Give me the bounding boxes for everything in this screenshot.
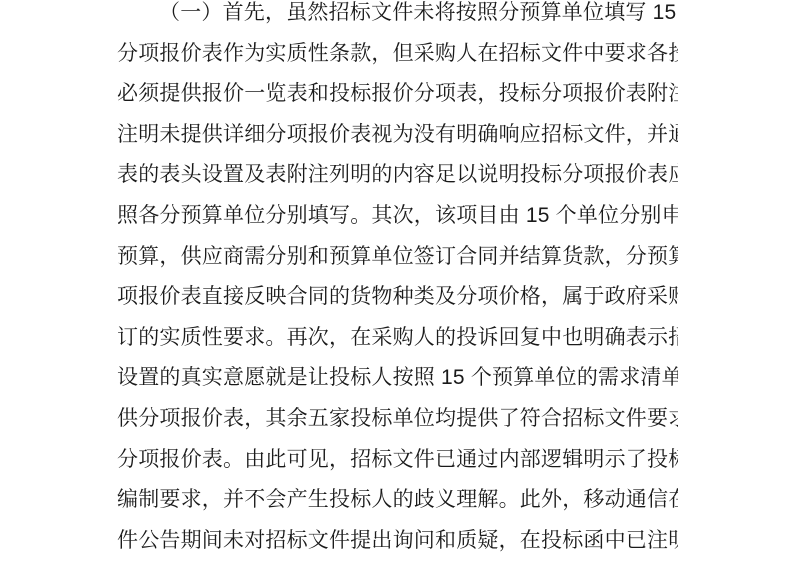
paragraph-line: 分项报价表。由此可见，招标文件已通过内部逻辑明示了投标文件的	[117, 440, 678, 481]
paragraph-line: 供分项报价表，其余五家投标单位均提供了符合招标文件要求的投标	[117, 399, 678, 440]
paragraph-line: 预算，供应商需分别和预算单位签订合同并结算货款，分预算单位分	[117, 237, 678, 278]
paragraph-line: （一）首先，虽然招标文件未将按照分预算单位填写 15 份投标	[117, 0, 678, 34]
document-page: （一）首先，虽然招标文件未将按照分预算单位填写 15 份投标 分项报价表作为实质…	[0, 0, 791, 562]
paragraph-line: 注明未提供详细分项报价表视为没有明确响应招标文件，并通过两张	[117, 115, 678, 156]
paragraph-line: 表的表头设置及表附注列明的内容足以说明投标分项报价表应当按	[117, 155, 678, 196]
paragraph-line: 项报价表直接反映合同的货物种类及分项价格，属于政府采购合同签	[117, 277, 678, 318]
paragraph-line: 设置的真实意愿就是让投标人按照 15 个预算单位的需求清单分别提	[117, 358, 678, 399]
body-paragraph: （一）首先，虽然招标文件未将按照分预算单位填写 15 份投标 分项报价表作为实质…	[117, 0, 678, 561]
paragraph-line: 件公告期间未对招标文件提出询问和质疑，在投标函中已注明完全理	[117, 521, 678, 562]
paragraph-line: 必须提供报价一览表和投标报价分项表，投标分项报价表附注部分已	[117, 74, 678, 115]
paragraph-line: 编制要求，并不会产生投标人的歧义理解。此外，移动通信在招标文	[117, 480, 678, 521]
paragraph-line: 照各分预算单位分别填写。其次，该项目由 15 个单位分别申报独立	[117, 196, 678, 237]
paragraph-line: 分项报价表作为实质性条款，但采购人在招标文件中要求各投标单位	[117, 34, 678, 75]
paragraph-line: 订的实质性要求。再次，在采购人的投诉回复中也明确表示招标文件	[117, 318, 678, 359]
